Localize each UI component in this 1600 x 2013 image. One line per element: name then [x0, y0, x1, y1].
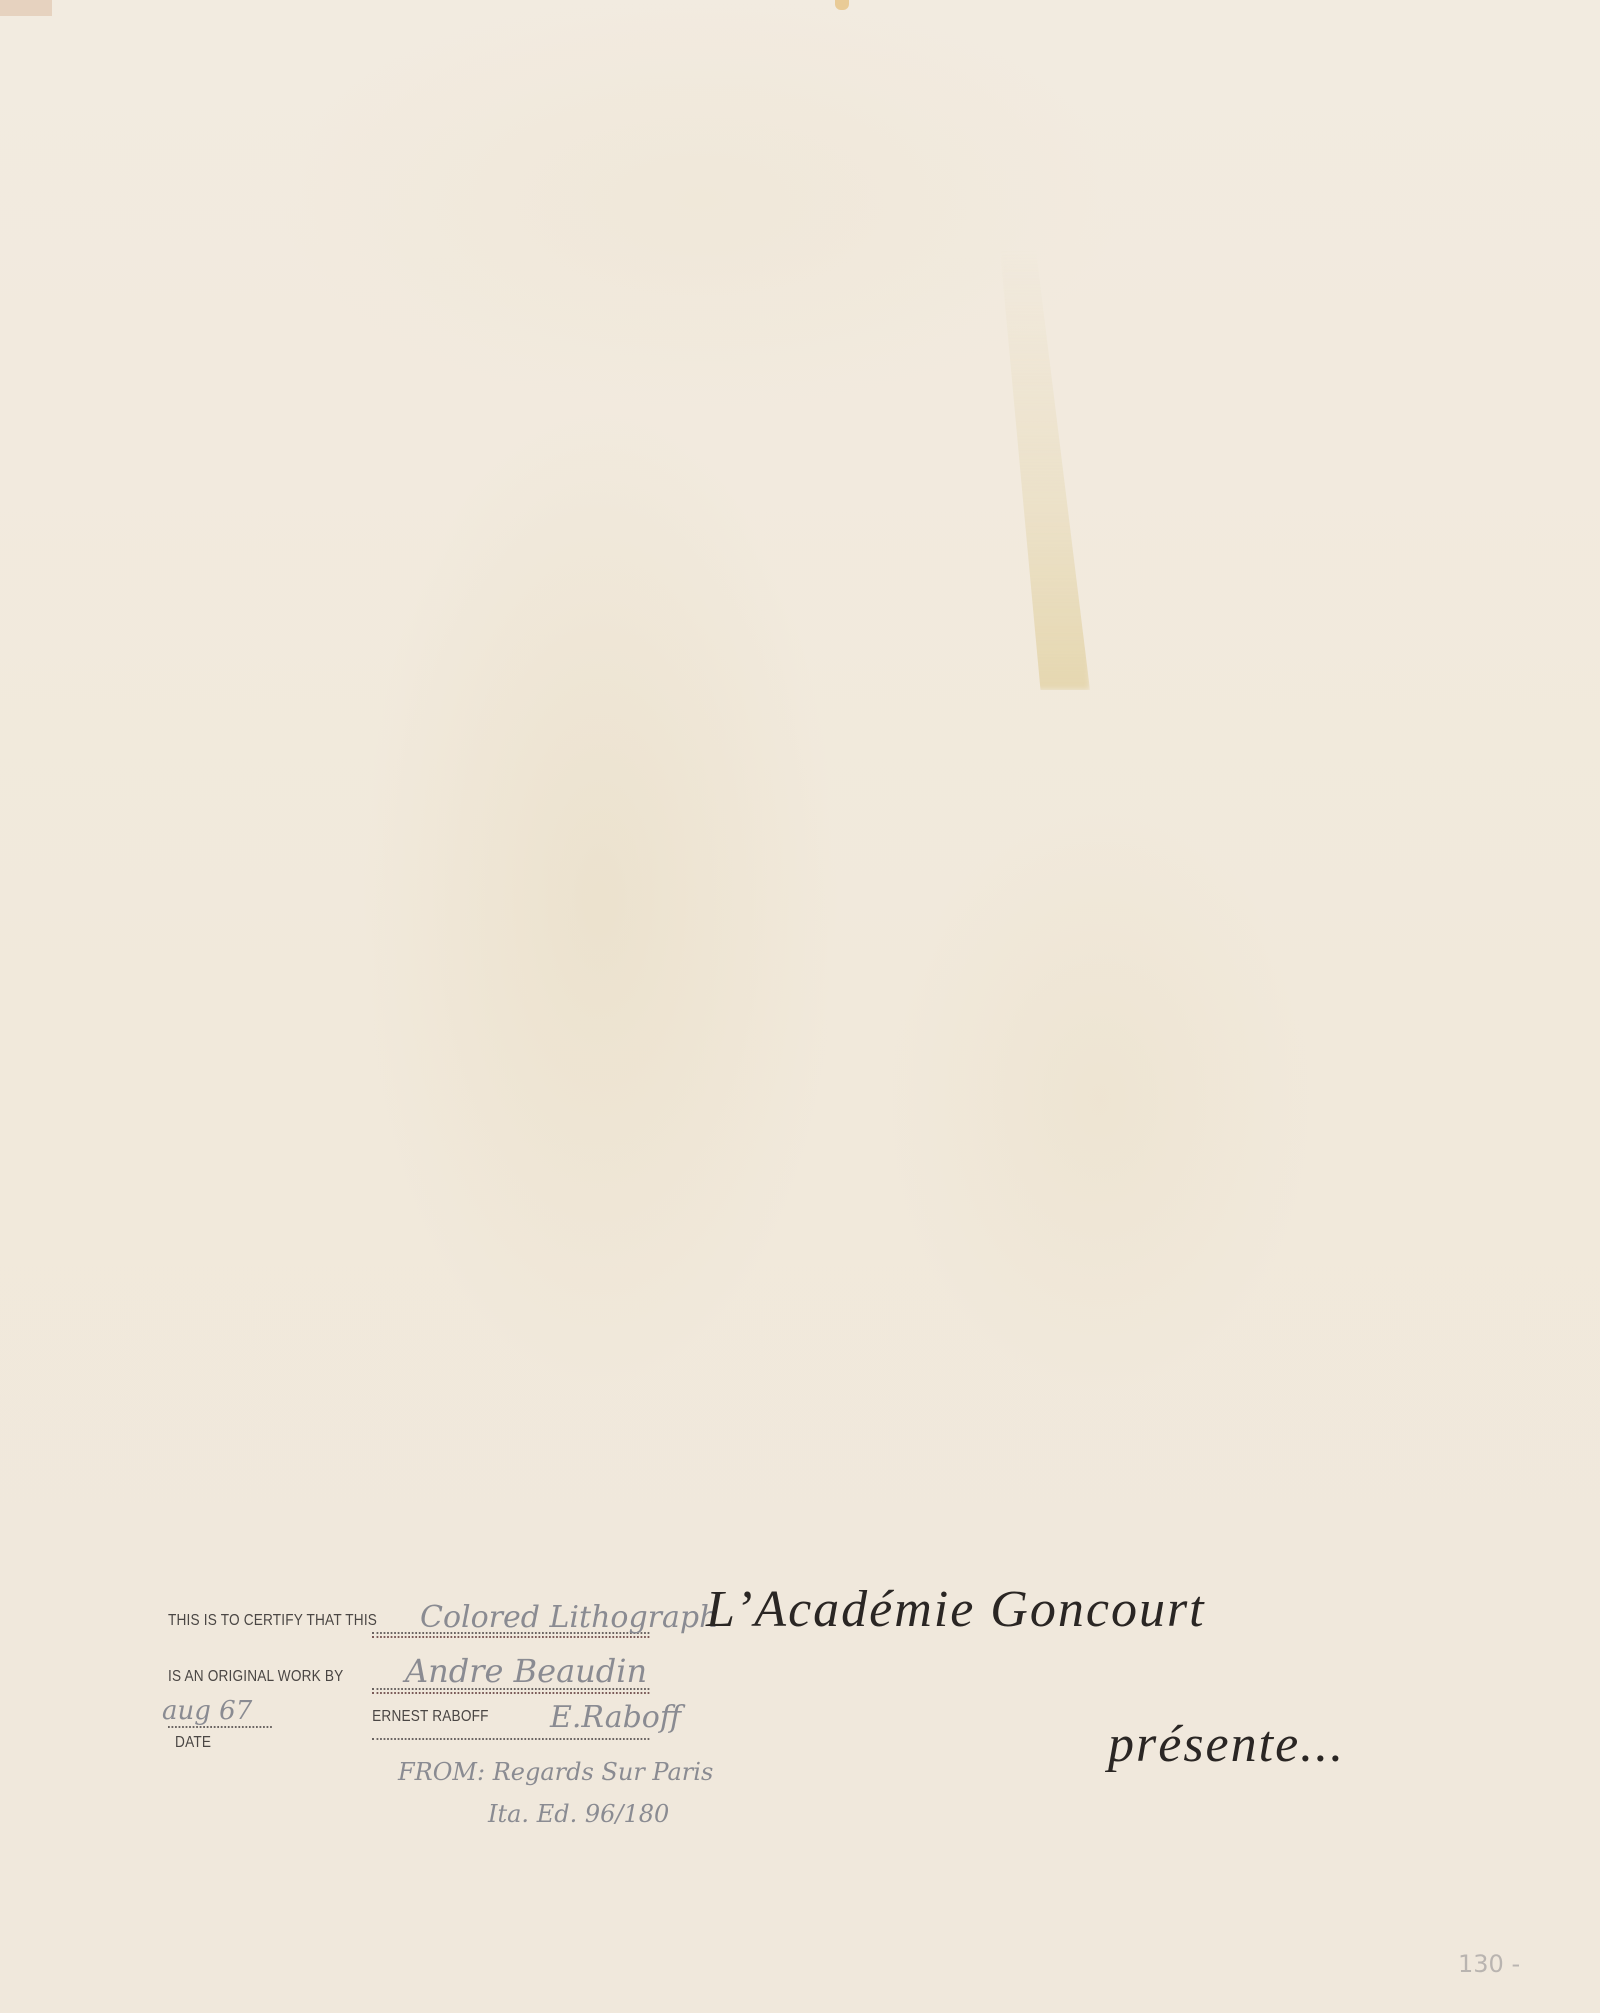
date-handwritten: aug 67 [162, 1696, 252, 1726]
original-work-label: IS AN ORIGINAL WORK BY [168, 1668, 343, 1686]
date-label: DATE [175, 1734, 211, 1752]
source-note-line1: FROM: Regards Sur Paris [398, 1758, 713, 1786]
signature-handwritten: E.Raboff [550, 1700, 681, 1735]
certify-label: THIS IS TO CERTIFY THAT THIS [168, 1612, 377, 1630]
source-note-line2: Ita. Ed. 96/180 [488, 1800, 669, 1828]
corner-tape-mark [0, 0, 52, 16]
signer-underline [372, 1738, 649, 1740]
document-subtitle: présente... [1108, 1715, 1345, 1774]
date-underline [168, 1726, 272, 1728]
medium-handwritten: Colored Lithograph [420, 1600, 718, 1635]
certify-underline [372, 1636, 649, 1638]
top-edge-mark [835, 0, 849, 10]
artist-underline-2 [372, 1692, 649, 1694]
signer-label: ERNEST RABOFF [372, 1708, 488, 1726]
page-number: 130 - [1458, 1950, 1520, 1978]
document-title: L’Académie Goncourt [706, 1580, 1206, 1639]
artist-handwritten: Andre Beaudin [405, 1652, 647, 1690]
